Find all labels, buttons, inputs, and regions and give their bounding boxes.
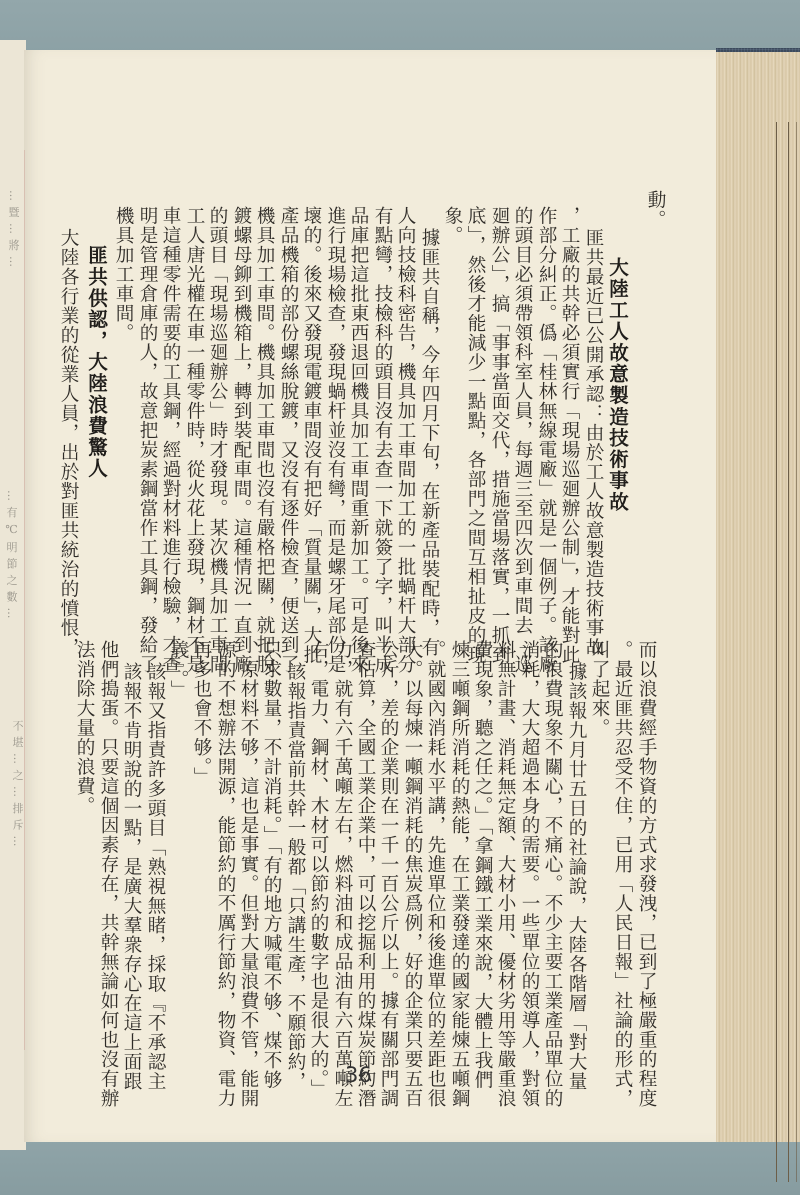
text-column: 據匪共自稱，今年四月下旬，在新產品裝配時，有 (418, 228, 440, 657)
page-edges (714, 52, 800, 1142)
text-column: 該報不肯明說的一點，是廣大羣衆存心在這上面跟 (120, 662, 142, 1091)
text-column: 。最近匪共忍受不住，已用「人民日報」社論的形式， (611, 640, 633, 1108)
text-column: 人向技檢科密告，機具加工車間加工的一批蝸杆大部分 (394, 206, 416, 674)
book-cover-bottom (0, 1140, 800, 1195)
facing-page-text: … 暨 … 將 … (4, 190, 20, 470)
text-column: 的浪費現象不關心，不痛心。不少主要工業產品單位的 (541, 640, 563, 1108)
text-column: 壞的。後來又發現電鍍車間沒有把好「質量關」，大批 (300, 206, 322, 665)
section-title: 大陸工人故意製造技術事故 (606, 257, 628, 513)
text-column: 法消除大量的浪費。 (73, 640, 95, 816)
text-column: 有點彎，技檢科的頭目沒有去查一下就簽了字，叫半成 (371, 206, 393, 674)
text-column: 廻辦公」，搞「事事當面交代，措施當場落實，一抓到 (488, 206, 510, 665)
text-column: 機具加工車間。 (112, 206, 134, 343)
text-column: 查估算，全國工業企業中，可以挖掘利用的煤炭節約潛 (354, 640, 376, 1108)
text-column: 費現象，聽之任之。」「拿鋼鐵工業來說，大體上我們 (471, 640, 493, 1089)
margin-mark: ꕀ (428, 595, 437, 606)
text-column: 品庫把這批東西退回機具加工車間重新加工。可是後來 (347, 206, 369, 674)
text-column: 而以浪費經手物資的方式求發洩，已到了極嚴重的程度 (635, 640, 657, 1108)
facing-page-text: … 有 ℃ 明 節 之 數 … (2, 490, 18, 740)
text-column: 據該報九月廿五日的社論說，大陸各階層「對大量 (565, 662, 587, 1091)
text-column: 車這種零件需要的工具鋼，經過對材料進行檢驗，才查 (159, 206, 181, 674)
text-column: 。就國內消耗水平講，先進單位和後進單位的差距也很 (424, 640, 446, 1108)
leading-fragment: 動。 (644, 190, 666, 229)
page-number: 36 (345, 1063, 372, 1087)
text-column: 作部分糾正。僞「桂林無線電廠」就是一個例子。該廠 (535, 206, 557, 674)
text-column: 該報指責當前共幹一般都「只講生產，不願節約， (284, 662, 306, 1091)
text-column: 進行現場檢查，發現蝸杆並沒有彎，而是螺牙尾部份是 (324, 206, 346, 674)
text-column: 象。 (441, 206, 463, 245)
text-column: ，工廠的共幹必須實行「現場巡廻辦公制」，才能對此 (558, 206, 580, 665)
text-column: 叫了起來。 (588, 640, 610, 738)
text-column: 煉三噸鋼所消耗的熱能，在工業發達的國家能煉五噸鋼 (448, 640, 470, 1108)
text-column: 匪共最近已公開承認：由於工人故意製造技術事故 (582, 228, 604, 657)
text-column: 、原材料不够，這也是事實。但對大量浪費不管，能開 (237, 640, 259, 1108)
text-column: 該報又指責許多頭目「熟視無睹，採取『不承認主 (144, 662, 166, 1091)
text-column: 底」，然後才能減少一點點，各部門之間互相扯皮的現 (464, 206, 486, 665)
text-column: 明是管理倉庫的人，故意把炭素鋼當作工具鋼，發給了 (136, 206, 158, 674)
facing-page-text: 不 堪 … 之 … 排 斥 … (8, 720, 24, 900)
facing-page: … 暨 … 將 … … 有 ℃ 明 節 之 數 … 不 堪 … 之 … 排 斥 … (0, 40, 26, 1150)
text-column: 他們搗蛋。只要這個因素存在，共幹無論如何也沒有辦 (97, 640, 119, 1108)
text-column: 產品機箱的部份螺絲脫鍍，又沒有逐件檢查，便送到了 (277, 206, 299, 674)
text-column: 消耗，大大超過本身的需要。一些單位的領導人，對領 (518, 640, 540, 1108)
text-column: 右，電力、鋼材、木材可以節約的數字也是很大的。」 (307, 640, 329, 1099)
text-column: 力，就有六千萬噸左右，燃料油和成品油有六百萬噸左 (331, 640, 353, 1108)
gutter-line (24, 150, 25, 1050)
text-column: 機具加工車間。機具加工車間也沒有嚴格把關，就把脫 (253, 206, 275, 674)
text-column: 工人唐光權在車一種零件時，從火花上發現，鋼材不是 (183, 206, 205, 674)
text-column: 大。以每煉一噸鋼消耗的焦炭爲例，好的企業只要五百 (401, 640, 423, 1108)
text-column: 料無計畫、消耗無定額、大材小用、優材劣用等嚴重浪 (494, 640, 516, 1108)
text-column: 源的不想辦法開源，能節約的不厲行節約，物資、電力 (214, 640, 236, 1108)
text-column: 再多也會不够。」 (190, 640, 212, 787)
text-column: 的頭目必須帶領科室人員，每週三至四次到車間去「巡 (511, 206, 533, 674)
text-column: 鍍螺母鉚到機箱上，轉到裝配車間。這種情況一直到廠 (230, 206, 252, 674)
text-column: 公斤，差的企業則在一千一百公斤以上。據有關部門調 (377, 640, 399, 1108)
section-title-2: 匪共供認，大陸浪費驚人 (85, 245, 107, 479)
text-column: 義』。」 (167, 640, 189, 699)
text-column: 只求數量，不計消耗。」「有的地方喊電不够、煤不够 (260, 640, 282, 1089)
text-column: 大陸各行業的從業人員，出於對匪共統治的憤恨， (57, 228, 79, 657)
text-column: 的頭目「現場巡廻辦公」時才發現。某次機具加工車間 (206, 206, 228, 674)
